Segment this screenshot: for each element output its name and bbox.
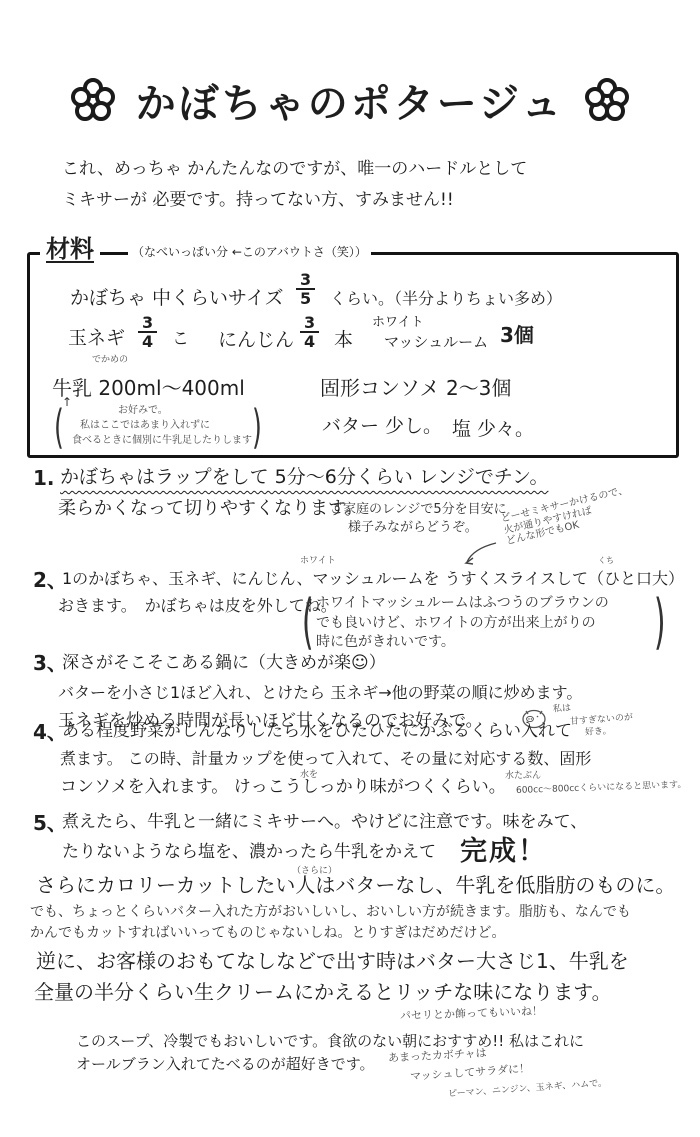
ingredient-pumpkin: かぼちゃ 中くらいサイズ [70, 288, 284, 310]
step-3-text: バターを小さじ1ほど入れ、とけたら 玉ネギ→他の野菜の順に炒めます。 [58, 684, 582, 702]
step-4-note: 水たぶん [505, 771, 541, 781]
step-4-note: 600cc〜800ccくらいになると思います。 [516, 780, 687, 796]
closing-leftover-note: マッシュしてサラダに！ [410, 1063, 531, 1084]
closing-cold: このスープ、冷製でもおいしいです。食欲のない朝におすすめ!! 私はこれに [76, 1033, 584, 1050]
ingredient-onion: 玉ネギ [68, 328, 125, 350]
fraction-three-fifths: 3 5 [296, 272, 315, 307]
milk-note: 私はここではあまり入れずに [80, 420, 210, 432]
step-1-text: かぼちゃはラップをして 5分〜6分くらい レンジでチン。 [60, 467, 548, 489]
closing-parsley-note: パセリとか飾ってもいいね！ [400, 1006, 543, 1024]
recipe-page: かぼちゃのポタージュ これ、めっちゃ かんたんなのですが、唯一のハードルとして … [0, 0, 700, 1137]
paren-close: ) [654, 592, 666, 652]
intro-line: これ、めっちゃ かんたんなのですが、唯一のハードルとして [62, 160, 527, 180]
step-2-note: 時に色がきれいです。 [316, 634, 455, 650]
step-3-note: 好き。 [585, 726, 612, 738]
fraction-three-quarters: 3 4 [300, 315, 319, 350]
step-3-note: 甘すぎないのが [570, 713, 634, 728]
ingredient-mushroom-qty: 3個 [500, 324, 534, 347]
ingredients-label: 材料 [40, 236, 100, 264]
intro-line: ミキサーが 必要です。持ってない方、すみません!! [62, 191, 454, 211]
step-2-furigana: くち [598, 556, 614, 565]
step-2-text: 1のかぼちゃ、玉ネギ、にんじん、マッシュルームを うすくスライスして（ひと口大） [62, 570, 684, 588]
ingredient-mushroom: ホワイト [372, 316, 424, 331]
paren-open: ( [54, 404, 64, 450]
ingredient-pumpkin-amount: くらい。（半分よりちょい多め） [330, 290, 562, 308]
step-2-text: おきます。 かぼちゃは皮を外してね。 [58, 597, 337, 615]
step-5-text: たりないようなら塩を、濃かったら牛乳をかえて [62, 843, 436, 863]
step-1-diagonal-note: どーせミキサーかけるので、 火が通りやすければ どんな形でもOK [500, 485, 634, 548]
ingredient-onion-furigana: でかめの [92, 355, 128, 365]
fraction-three-quarters: 3 4 [138, 315, 157, 350]
milk-note: お好みで。 [118, 405, 168, 417]
page-title: かぼちゃのポタージュ [136, 72, 564, 129]
step-1-text: 柔らかくなって切りやすくなります。 [58, 499, 363, 520]
closing-lowcal: さらにカロリーカットしたい人はバターなし、牛乳を低脂肪のものに。 [36, 874, 675, 897]
closing-rich: 逆に、お客様のおもてなしなどで出す時はバター大さじ1、牛乳を [36, 950, 629, 973]
closing-rich: 全量の半分くらい生クリームにかえるとリッチな味になります。 [34, 981, 612, 1004]
step-1-number: 1. [33, 467, 55, 490]
step-4-text: ある程度野菜がしんなりしたら水をひたひたにかぶるくらい入れて [62, 722, 572, 742]
paren-close: ) [252, 404, 262, 450]
page-title-row: かぼちゃのポタージュ [0, 72, 700, 129]
closing-leftover-note: あまったカボチャは [388, 1047, 487, 1065]
closing-detail: かんでもカットすればいいってものじゃないしね。とりすぎはだめだけど。 [30, 925, 505, 941]
step-2-note: ホワイトマッシュルームはふつうのブラウンの [316, 595, 609, 611]
ingredients-label-note: （なべいっぱい分 ←このアバウトさ（笑）） [128, 246, 371, 260]
ingredient-milk: 牛乳 200ml〜400ml [52, 377, 245, 400]
step-1-note: 様子みながらどうぞ。 [348, 521, 478, 536]
ingredient-salt: 塩 少々。 [452, 419, 534, 441]
step-2-note: でも良いけど、ホワイトの方が出来上がりの [316, 615, 596, 631]
ingredient-carrot-unit: 本 [334, 330, 353, 352]
step-1-note: ご家庭のレンジで5分を目安に [330, 503, 507, 518]
flower-icon [584, 78, 630, 124]
closing-leftover-note: ピーマン、ニンジン、玉ネギ、ハムで。 [448, 1078, 608, 1099]
step-3-text: 深さがそこそこある鍋に（大きめが楽☺） [62, 654, 386, 674]
flower-icon [70, 78, 116, 124]
ingredient-consomme: 固形コンソメ 2〜3個 [320, 377, 511, 400]
ingredient-mushroom: マッシュルーム [384, 334, 488, 351]
ingredient-butter: バター 少し。 [322, 416, 442, 438]
step-4-text: 煮ます。 この時、計量カップを使って入れて、その量に対応する数、固形 [60, 750, 591, 768]
milk-note: 食べるときに個別に牛乳足したりします [72, 435, 252, 447]
step-5-done-emphasis: 完成！ [460, 836, 547, 867]
step-4-text: コンソメを入れます。 けっこうしっかり味がつくくらい。 [60, 778, 506, 798]
closing-detail: でも、ちょっとくらいバター入れた方がおいしいし、おいしい方が続きます。脂肪も、な… [30, 904, 631, 920]
paren-open: ( [302, 592, 314, 652]
ingredient-onion-unit: こ [172, 330, 189, 350]
step-5-text: 煮えたら、牛乳と一緒にミキサーへ。やけどに注意です。味をみて、 [62, 813, 587, 833]
curved-arrow-icon [462, 540, 498, 566]
ingredient-carrot: にんじん [218, 330, 294, 352]
step-2-furigana: ホワイト [300, 556, 336, 566]
step-3-note: 私は [553, 703, 572, 715]
closing-cold: オールブラン入れてたべるのが超好きです。 [76, 1056, 375, 1073]
